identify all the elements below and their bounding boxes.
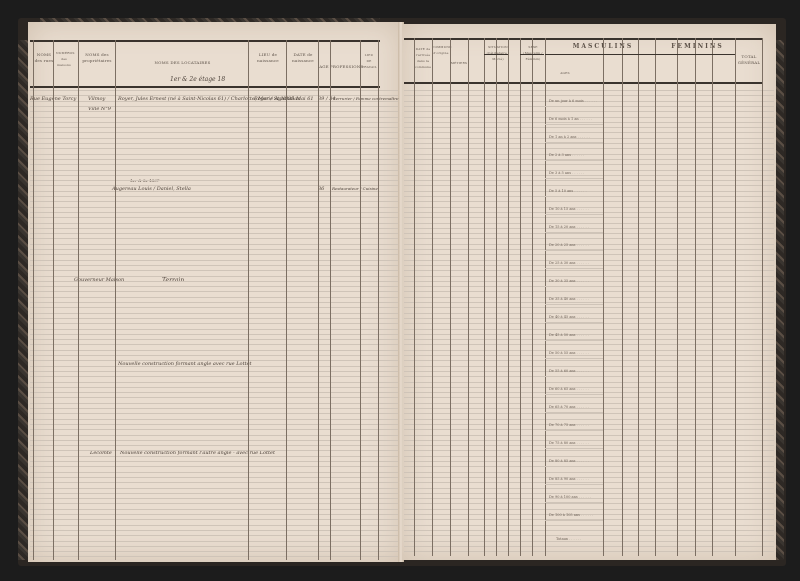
ruled-line xyxy=(30,291,398,292)
ruled-line xyxy=(404,212,774,213)
group-header-rule xyxy=(545,54,735,55)
ruled-line xyxy=(404,344,774,345)
col-header-age: AGE xyxy=(318,64,330,70)
age-row-rule xyxy=(545,232,603,233)
ruled-line xyxy=(30,488,398,489)
col-header-numeros: NUMÉROS des maisons xyxy=(56,50,72,68)
age-row-rule xyxy=(545,466,603,467)
ruled-line xyxy=(30,101,398,102)
ruled-line xyxy=(30,408,398,409)
ruled-line xyxy=(404,238,774,239)
age-bracket-label: De 15 à 20 ans xyxy=(549,225,589,229)
age-bracket-label: De 55 à 60 ans xyxy=(549,369,589,373)
age-row-rule xyxy=(545,250,603,251)
ruled-line xyxy=(30,339,398,340)
ruled-line xyxy=(404,382,774,383)
ruled-line xyxy=(30,286,398,287)
column-divider xyxy=(468,38,469,556)
ruled-line xyxy=(30,276,398,277)
header-note: 1er & 2e étage 18 xyxy=(170,76,225,83)
ruled-line xyxy=(404,111,774,112)
age-bracket-label: De 100 à 105 ans xyxy=(549,513,593,517)
ruled-line xyxy=(404,260,774,261)
age-row-rule xyxy=(545,196,603,197)
column-divider xyxy=(545,38,546,556)
header-rule-top xyxy=(30,40,380,42)
ruled-line xyxy=(404,122,774,123)
ruled-line xyxy=(30,191,398,192)
column-divider xyxy=(532,38,533,556)
age-row-rule xyxy=(545,412,603,413)
ruled-line xyxy=(404,551,774,552)
ruled-line xyxy=(404,170,774,171)
ruled-line xyxy=(404,509,774,510)
ruled-line xyxy=(30,111,398,112)
column-divider xyxy=(735,38,736,556)
ruled-line xyxy=(30,355,398,356)
ruled-line xyxy=(404,461,774,462)
col-header-rues: NOMS des rues xyxy=(34,52,54,64)
ruled-line xyxy=(30,541,398,542)
ruled-line xyxy=(404,244,774,245)
ruled-line xyxy=(30,371,398,372)
ruled-line xyxy=(30,297,398,298)
age-bracket-label: De 30 à 35 ans xyxy=(549,279,589,283)
ruled-line xyxy=(404,313,774,314)
ruled-line xyxy=(30,254,398,255)
ruled-line xyxy=(404,95,774,96)
ruled-line xyxy=(30,482,398,483)
ruled-line xyxy=(30,138,398,139)
age-bracket-label: De 3 à 5 ans xyxy=(549,171,584,175)
ruled-line xyxy=(30,334,398,335)
col-header-locataires: NOMS DES LOCATAIRES xyxy=(120,60,245,66)
ruled-line xyxy=(404,450,774,451)
ruled-line xyxy=(30,159,398,160)
ruled-line xyxy=(30,164,398,165)
age-row-rule xyxy=(545,124,603,125)
ruled-line xyxy=(30,424,398,425)
ruled-line xyxy=(404,535,774,536)
ruled-line xyxy=(30,456,398,457)
column-divider xyxy=(520,38,521,556)
ruled-line xyxy=(30,440,398,441)
ruled-line xyxy=(30,217,398,218)
ruled-line xyxy=(404,148,774,149)
ruled-line xyxy=(404,154,774,155)
age-row-rule xyxy=(545,484,603,485)
ruled-line xyxy=(404,276,774,277)
column-divider xyxy=(638,38,639,556)
age-row-rule xyxy=(545,322,603,323)
ruled-line xyxy=(30,556,398,557)
ruled-line xyxy=(30,413,398,414)
ruled-line xyxy=(30,525,398,526)
ruled-line xyxy=(404,191,774,192)
ruled-line xyxy=(30,302,398,303)
column-divider xyxy=(360,40,361,560)
age-bracket-label: De 40 à 45 ans xyxy=(549,315,589,319)
ruled-line xyxy=(404,185,774,186)
age-bracket-label: De 10 à 15 ans xyxy=(549,207,589,211)
ruled-line xyxy=(404,180,774,181)
age-bracket-label: De 2 à 3 ans xyxy=(549,153,584,157)
ruled-line xyxy=(404,525,774,526)
column-divider xyxy=(248,40,249,560)
ruled-line xyxy=(30,366,398,367)
ruled-line xyxy=(30,514,398,515)
ruled-line xyxy=(404,132,774,133)
ruled-line xyxy=(30,382,398,383)
age-row-rule xyxy=(545,358,603,359)
group-header-rule xyxy=(520,54,544,55)
ruled-line xyxy=(404,265,774,266)
ruled-line xyxy=(404,488,774,489)
age-row-rule xyxy=(545,106,603,107)
ruled-line xyxy=(404,254,774,255)
header-rule-bottom xyxy=(30,86,380,88)
header-rule-bottom-right xyxy=(404,82,762,84)
ruled-line xyxy=(404,291,774,292)
column-divider xyxy=(508,38,509,556)
ruled-line xyxy=(30,212,398,213)
column-divider xyxy=(496,38,497,556)
ruled-line xyxy=(404,217,774,218)
ruled-line xyxy=(30,90,398,91)
ruled-line xyxy=(404,493,774,494)
column-divider xyxy=(318,40,319,560)
ruled-line xyxy=(30,106,398,107)
ruled-line xyxy=(404,530,774,531)
ruled-line xyxy=(30,493,398,494)
ruled-line xyxy=(404,456,774,457)
column-divider xyxy=(695,38,696,556)
ruled-line xyxy=(30,233,398,234)
ruled-line xyxy=(404,201,774,202)
age-row-rule xyxy=(545,286,603,287)
ruled-line xyxy=(30,329,398,330)
age-bracket-label: De un jour à 6 mois xyxy=(549,99,597,103)
age-row-rule xyxy=(545,142,603,143)
ruled-line xyxy=(30,270,398,271)
column-divider xyxy=(655,38,656,556)
ruled-line xyxy=(404,175,774,176)
ruled-line xyxy=(30,132,398,133)
ruled-line xyxy=(30,535,398,536)
ruled-line xyxy=(404,233,774,234)
ruled-line xyxy=(30,392,398,393)
col-header-metiers: MÉTIERS xyxy=(450,60,468,66)
ruled-line xyxy=(404,435,774,436)
ruled-line xyxy=(30,207,398,208)
ruled-line xyxy=(30,435,398,436)
ruled-line xyxy=(30,503,398,504)
ruled-line xyxy=(30,117,398,118)
column-divider xyxy=(286,40,287,560)
ruled-line xyxy=(30,498,398,499)
ruled-line xyxy=(30,445,398,446)
ruled-line xyxy=(404,223,774,224)
ruled-line xyxy=(30,201,398,202)
col-header-date: DATE de naissance xyxy=(288,52,318,64)
ruled-line xyxy=(404,323,774,324)
ruled-line xyxy=(30,265,398,266)
ruled-line xyxy=(404,355,774,356)
age-bracket-label: De 80 à 85 ans xyxy=(549,459,589,463)
age-bracket-label: De 1 an à 2 ans xyxy=(549,135,590,139)
ruled-line xyxy=(30,509,398,510)
ruled-line xyxy=(30,175,398,176)
age-bracket-label: De 20 à 25 ans xyxy=(549,243,589,247)
age-row-rule xyxy=(545,214,603,215)
ruled-line xyxy=(30,223,398,224)
ruled-line xyxy=(30,228,398,229)
ruled-line xyxy=(404,392,774,393)
age-bracket-label: De 50 à 55 ans xyxy=(549,351,589,355)
ruled-line xyxy=(30,244,398,245)
column-divider xyxy=(414,38,415,556)
column-divider xyxy=(622,38,623,556)
ruled-line xyxy=(30,95,398,96)
ruled-line xyxy=(30,546,398,547)
column-divider xyxy=(78,40,79,560)
column-divider xyxy=(450,38,451,556)
ruled-line xyxy=(404,302,774,303)
age-row-rule xyxy=(545,394,603,395)
ruled-line xyxy=(30,127,398,128)
ruled-line xyxy=(404,228,774,229)
col-header-commune: COMMUNE d'origine xyxy=(432,44,450,56)
age-bracket-label: De 45 à 50 ans xyxy=(549,333,589,337)
age-row-rule xyxy=(545,376,603,377)
ruled-line xyxy=(404,127,774,128)
age-bracket-label: De 65 à 70 ans xyxy=(549,405,589,409)
ruled-line xyxy=(404,403,774,404)
ruled-line xyxy=(30,403,398,404)
group-header-rule xyxy=(484,54,508,55)
ruled-line xyxy=(30,551,398,552)
ruled-line xyxy=(404,413,774,414)
age-bracket-label: De 25 à 30 ans xyxy=(549,261,589,265)
age-row-rule xyxy=(545,160,603,161)
ruled-line xyxy=(404,397,774,398)
ruled-line xyxy=(404,318,774,319)
ruled-line xyxy=(30,344,398,345)
column-divider xyxy=(762,38,763,556)
ruled-line xyxy=(30,477,398,478)
ruled-line xyxy=(404,297,774,298)
age-bracket-label: De 75 à 80 ans xyxy=(549,441,589,445)
ruled-line xyxy=(404,472,774,473)
column-divider xyxy=(432,38,433,556)
ruled-line xyxy=(30,519,398,520)
ruled-line xyxy=(404,270,774,271)
ruled-line xyxy=(30,376,398,377)
col-header-lieu-travail: LIEU DE TRAVAIL xyxy=(362,52,376,70)
ruled-line xyxy=(30,429,398,430)
group-header-total: TOTAL GÉNÉRAL xyxy=(735,54,763,66)
col-header-professions: PROFESSIONS xyxy=(330,64,360,70)
ruled-line xyxy=(404,281,774,282)
age-row-rule xyxy=(545,304,603,305)
header-rule-top-right xyxy=(404,38,762,40)
ruled-line xyxy=(30,196,398,197)
age-row-rule xyxy=(545,340,603,341)
column-divider xyxy=(115,40,116,560)
ruled-line xyxy=(404,334,774,335)
col-header-sexe: SEXE (Masculin / Féminin) xyxy=(522,44,544,62)
ruled-line xyxy=(404,164,774,165)
ruled-line xyxy=(30,154,398,155)
column-divider xyxy=(330,40,331,560)
ruled-line xyxy=(404,387,774,388)
ruled-line xyxy=(404,307,774,308)
ruled-line xyxy=(404,424,774,425)
column-divider xyxy=(603,38,604,556)
column-divider xyxy=(484,38,485,556)
ruled-line xyxy=(30,143,398,144)
age-row-rule xyxy=(545,448,603,449)
col-header-ages: AGES xyxy=(545,70,585,76)
ruled-line xyxy=(30,461,398,462)
ruled-line xyxy=(30,148,398,149)
ruled-line xyxy=(30,318,398,319)
ruled-line xyxy=(404,541,774,542)
ruled-line xyxy=(30,350,398,351)
age-row-rule xyxy=(545,502,603,503)
group-header-feminins: FEMININS xyxy=(660,44,735,50)
ruled-line xyxy=(404,143,774,144)
ruled-line xyxy=(404,371,774,372)
age-bracket-label: De 60 à 65 ans xyxy=(549,387,589,391)
ruled-line xyxy=(404,329,774,330)
ruled-line xyxy=(404,408,774,409)
ruled-line xyxy=(404,207,774,208)
ruled-line xyxy=(30,260,398,261)
ruled-line xyxy=(404,419,774,420)
age-bracket-label: De 70 à 75 ans xyxy=(549,423,589,427)
ruled-line xyxy=(30,249,398,250)
col-header-date-arrivee: DATE de l'arrivée dans la commune xyxy=(414,46,432,70)
ruled-line xyxy=(30,397,398,398)
ruled-line xyxy=(30,185,398,186)
col-header-lieu: LIEU de naissance xyxy=(252,52,284,64)
ruled-line xyxy=(404,360,774,361)
ruled-line xyxy=(30,419,398,420)
age-row-rule xyxy=(545,430,603,431)
ruled-line xyxy=(30,238,398,239)
column-divider xyxy=(378,40,379,560)
ruled-line xyxy=(30,307,398,308)
ruled-line xyxy=(30,450,398,451)
ruled-line xyxy=(30,323,398,324)
ruled-line xyxy=(404,350,774,351)
age-row-rule xyxy=(545,178,603,179)
ruled-line xyxy=(30,530,398,531)
ruled-line xyxy=(404,546,774,547)
ruled-line xyxy=(30,360,398,361)
age-bracket-label: De 6 mois à 1 an xyxy=(549,117,592,121)
ruled-line xyxy=(404,366,774,367)
age-row-rule xyxy=(545,520,603,521)
ruled-line xyxy=(404,445,774,446)
ruled-line xyxy=(30,170,398,171)
age-bracket-label: De 35 à 40 ans xyxy=(549,297,589,301)
ruled-line xyxy=(30,180,398,181)
age-row-rule xyxy=(545,268,603,269)
ruled-line xyxy=(404,477,774,478)
age-bracket-label: De 5 à 10 ans xyxy=(549,189,587,193)
ruled-line xyxy=(404,503,774,504)
column-divider xyxy=(33,40,34,560)
ruled-line xyxy=(404,90,774,91)
column-divider xyxy=(677,38,678,556)
age-bracket-label: De 85 à 90 ans xyxy=(549,477,589,481)
column-divider xyxy=(712,38,713,556)
column-divider xyxy=(53,40,54,560)
ruled-line xyxy=(30,387,398,388)
col-header-proprietaires: NOMS des propriétaires xyxy=(82,52,112,64)
ruled-line xyxy=(30,472,398,473)
ruled-line xyxy=(30,122,398,123)
ruled-line xyxy=(30,281,398,282)
age-bracket-label: De 90 à 100 ans xyxy=(549,495,591,499)
ruled-line xyxy=(30,313,398,314)
ruled-line xyxy=(30,466,398,467)
ruled-line xyxy=(404,440,774,441)
